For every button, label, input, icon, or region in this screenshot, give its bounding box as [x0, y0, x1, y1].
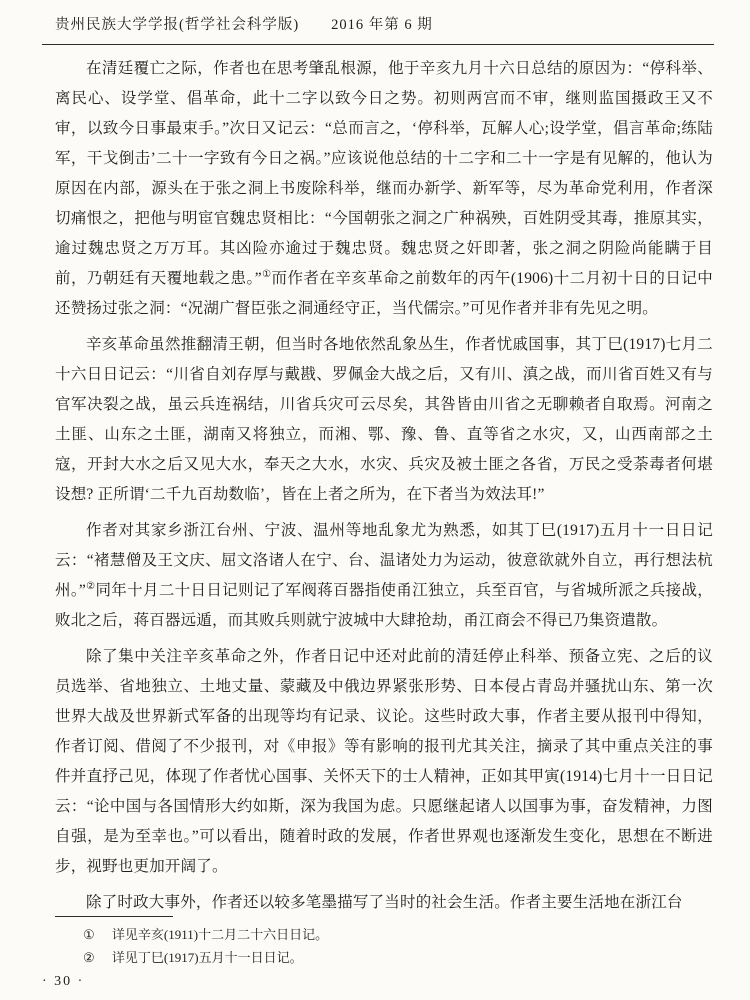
footnote-ref: ① — [262, 269, 272, 280]
text-run: 在清廷覆亡之际，作者也在思考肇乱根源，他于辛亥九月十六日总结的原因为：“停科举、… — [55, 60, 713, 287]
page-number: · 30 · — [42, 974, 84, 990]
article-body: 在清廷覆亡之际，作者也在思考肇乱根源，他于辛亥九月十六日总结的原因为：“停科举、… — [55, 54, 713, 916]
text-run: 除了时政大事外，作者还以较多笔墨描写了当时的社会生活。作者主要生活地在浙江台 — [86, 894, 683, 911]
paragraph: 除了时政大事外，作者还以较多笔墨描写了当时的社会生活。作者主要生活地在浙江台 — [55, 888, 713, 916]
footnote-item: ② 详见丁巳(1917)五月十一日日记。 — [55, 947, 713, 970]
text-run: 除了集中关注辛亥革命之外，作者日记中还对此前的清廷停止科举、预备立宪、之后的议员… — [55, 648, 713, 875]
footnote-separator — [55, 916, 173, 917]
journal-page: 贵州民族大学学报(哲学社会科学版) 2016 年第 6 期 在清廷覆亡之际，作者… — [0, 0, 750, 1000]
footnote-item: ① 详见辛亥(1911)十二月二十六日日记。 — [55, 924, 713, 947]
footnote-section: ① 详见辛亥(1911)十二月二十六日日记。 ② 详见丁巳(1917)五月十一日… — [55, 916, 713, 969]
journal-issue: 2016 年第 6 期 — [331, 13, 433, 34]
paragraph: 辛亥革命虽然推翻清王朝，但当时各地依然乱象丛生，作者忧戚国事，其丁巳(1917)… — [55, 330, 713, 510]
footnote-text: 详见辛亥(1911)十二月二十六日日记。 — [112, 927, 328, 942]
paragraph: 在清廷覆亡之际，作者也在思考肇乱根源，他于辛亥九月十六日总结的原因为：“停科举、… — [55, 54, 713, 324]
header-rule — [42, 44, 714, 45]
paragraph: 作者对其家乡浙江台州、宁波、温州等地乱象尤为熟悉，如其丁巳(1917)五月十一日… — [55, 516, 713, 636]
text-run: 同年十月二十日日记则记了军阀蒋百器指使甬江独立，兵至百官，与省城所派之兵接战，败… — [55, 582, 713, 629]
footnote-text: 详见丁巳(1917)五月十一日日记。 — [112, 950, 303, 965]
page-header: 贵州民族大学学报(哲学社会科学版) 2016 年第 6 期 — [55, 13, 712, 34]
footnote-marker: ① — [83, 927, 95, 942]
text-run: 辛亥革命虽然推翻清王朝，但当时各地依然乱象丛生，作者忧戚国事，其丁巳(1917)… — [55, 336, 713, 503]
journal-title: 贵州民族大学学报(哲学社会科学版) — [55, 13, 299, 34]
paragraph: 除了集中关注辛亥革命之外，作者日记中还对此前的清廷停止科举、预备立宪、之后的议员… — [55, 642, 713, 882]
footnote-marker: ② — [83, 950, 95, 965]
